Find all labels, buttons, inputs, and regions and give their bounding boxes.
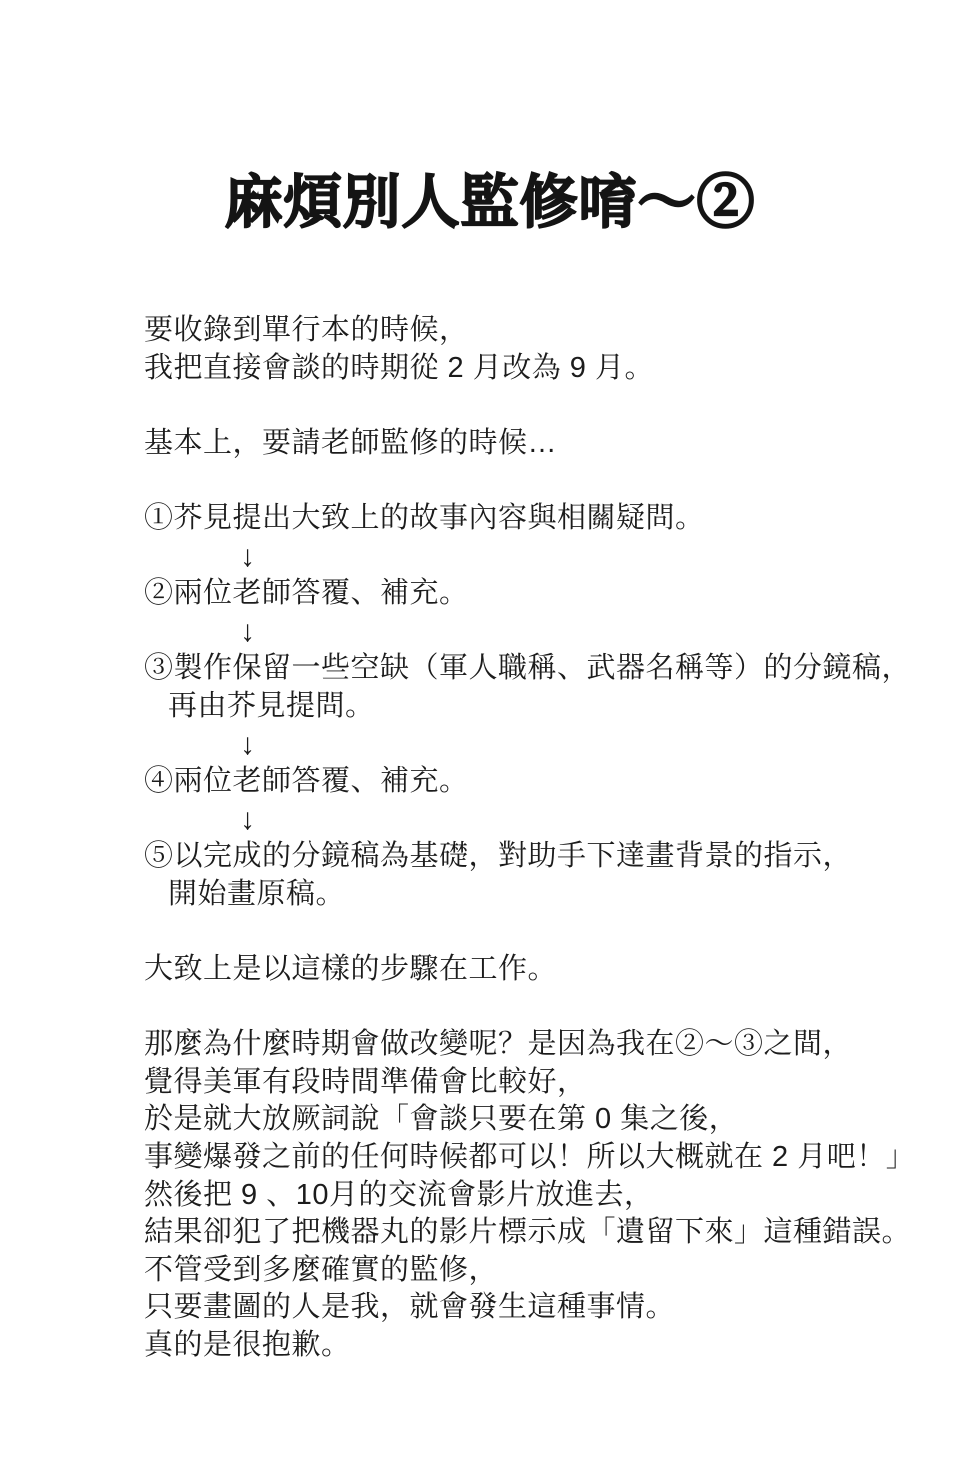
text-line: 不管受到多麼確實的監修， <box>144 1252 940 1290</box>
flow-down-arrow-icon: ↓ <box>144 726 940 764</box>
afterword-page: 麻煩別人監修唷～② 要收錄到單行本的時候，我把直接會談的時期從 2 月改為 9 … <box>0 0 980 1471</box>
text-line: 開始畫原稿。 <box>144 876 940 914</box>
text-line: 那麼為什麼時期會做改變呢？是因為我在②～③之間， <box>144 1026 940 1064</box>
text-line: ④兩位老師答覆、補充。 <box>144 763 940 801</box>
page-title: 麻煩別人監修唷～② <box>0 168 980 238</box>
text-line: 我把直接會談的時期從 2 月改為 9 月。 <box>144 350 940 388</box>
text-line: 只要畫圖的人是我，就會發生這種事情。 <box>144 1289 940 1327</box>
blank-line <box>144 387 940 425</box>
text-line: ③製作保留一些空缺（軍人職稱、武器名稱等）的分鏡稿， <box>144 650 940 688</box>
text-line: 基本上，要請老師監修的時候… <box>144 425 940 463</box>
text-line: ⑤以完成的分鏡稿為基礎，對助手下達畫背景的指示， <box>144 838 940 876</box>
text-line: 結果卻犯了把機器丸的影片標示成「遺留下來」這種錯誤。 <box>144 1214 940 1252</box>
blank-line <box>144 462 940 500</box>
text-line: 大致上是以這樣的步驟在工作。 <box>144 951 940 989</box>
text-line: ②兩位老師答覆、補充。 <box>144 575 940 613</box>
text-line: ①芥見提出大致上的故事內容與相關疑問。 <box>144 500 940 538</box>
text-line: 要收錄到單行本的時候， <box>144 312 940 350</box>
text-line: 事變爆發之前的任何時候都可以！所以大概就在 2 月吧！」 <box>144 1139 940 1177</box>
blank-line <box>144 989 940 1027</box>
text-line: 再由芥見提問。 <box>144 688 940 726</box>
text-line: 覺得美軍有段時間準備會比較好， <box>144 1064 940 1102</box>
body-text: 要收錄到單行本的時候，我把直接會談的時期從 2 月改為 9 月。基本上，要請老師… <box>144 312 940 1365</box>
text-line: 真的是很抱歉。 <box>144 1327 940 1365</box>
text-line: 於是就大放厥詞說「會談只要在第 0 集之後， <box>144 1101 940 1139</box>
flow-down-arrow-icon: ↓ <box>144 538 940 576</box>
flow-down-arrow-icon: ↓ <box>144 613 940 651</box>
blank-line <box>144 914 940 952</box>
flow-down-arrow-icon: ↓ <box>144 801 940 839</box>
text-line: 然後把 9 、10月的交流會影片放進去， <box>144 1177 940 1215</box>
